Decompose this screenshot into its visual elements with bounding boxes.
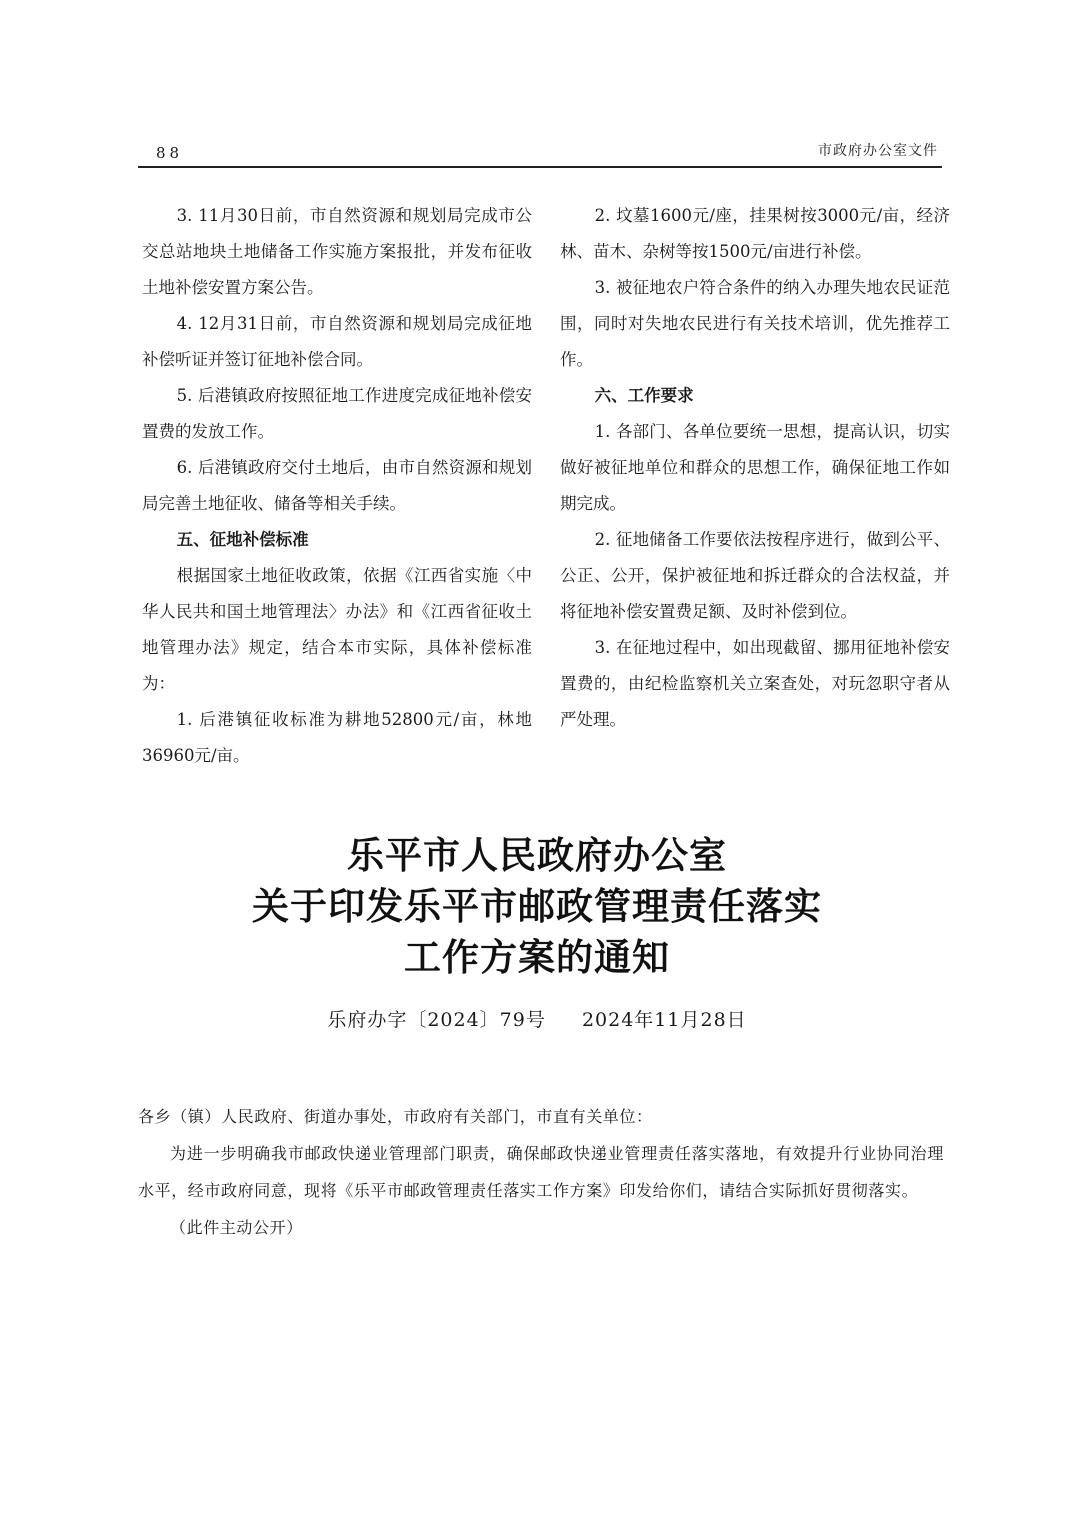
notice-body: 各乡（镇）人民政府、街道办事处，市政府有关部门，市直有关单位： 为进一步明确我市… (138, 1098, 944, 1246)
addressees: 各乡（镇）人民政府、街道办事处，市政府有关部门，市直有关单位： (138, 1098, 944, 1135)
notice-paragraph: 为进一步明确我市邮政快递业管理部门职责，确保邮政快递业管理责任落实落地，有效提升… (138, 1135, 944, 1209)
paragraph: 3. 被征地农户符合条件的纳入办理失地农民证范围，同时对失地农民进行有关技术培训… (560, 270, 950, 378)
paragraph: 3. 在征地过程中，如出现截留、挪用征地补偿安置费的，由纪检监察机关立案查处，对… (560, 630, 950, 738)
header-divider (138, 166, 942, 168)
paragraph: 3. 11月30日前，市自然资源和规划局完成市公交总站地块土地储备工作实施方案报… (142, 198, 532, 306)
paragraph: 6. 后港镇政府交付土地后，由市自然资源和规划局完善土地征收、储备等相关手续。 (142, 450, 532, 522)
title-line: 乐平市人民政府办公室 (0, 830, 1074, 881)
page-number: 88 (156, 144, 183, 162)
disclosure-note: （此件主动公开） (138, 1209, 944, 1246)
title-line: 工作方案的通知 (0, 932, 1074, 983)
paragraph: 1. 各部门、各单位要统一思想，提高认识，切实做好被征地单位和群众的思想工作，确… (560, 414, 950, 522)
notice-title: 乐平市人民政府办公室 关于印发乐平市邮政管理责任落实 工作方案的通知 (0, 830, 1074, 983)
section-heading: 五、征地补偿标准 (142, 522, 532, 558)
running-title: 市政府办公室文件 (818, 140, 938, 160)
paragraph: 5. 后港镇政府按照征地工作进度完成征地补偿安置费的发放工作。 (142, 378, 532, 450)
right-column: 2. 坟墓1600元/座，挂果树按3000元/亩，经济林、苗木、杂树等按1500… (560, 198, 950, 738)
left-column: 3. 11月30日前，市自然资源和规划局完成市公交总站地块土地储备工作实施方案报… (142, 198, 532, 774)
section-heading: 六、工作要求 (560, 378, 950, 414)
document-number: 乐府办字〔2024〕79号 (327, 1009, 546, 1031)
page-header: 88 市政府办公室文件 (138, 138, 942, 164)
paragraph: 2. 坟墓1600元/座，挂果树按3000元/亩，经济林、苗木、杂树等按1500… (560, 198, 950, 270)
paragraph: 1. 后港镇征收标准为耕地52800元/亩，林地36960元/亩。 (142, 702, 532, 774)
title-line: 关于印发乐平市邮政管理责任落实 (0, 881, 1074, 932)
paragraph: 根据国家土地征收政策，依据《江西省实施〈中华人民共和国土地管理法〉办法》和《江西… (142, 558, 532, 702)
document-date: 2024年11月28日 (582, 1009, 747, 1031)
document-meta: 乐府办字〔2024〕79号 2024年11月28日 (0, 1005, 1074, 1032)
paragraph: 4. 12月31日前，市自然资源和规划局完成征地补偿听证并签订征地补偿合同。 (142, 306, 532, 378)
paragraph: 2. 征地储备工作要依法按程序进行，做到公平、公正、公开，保护被征地和拆迁群众的… (560, 522, 950, 630)
